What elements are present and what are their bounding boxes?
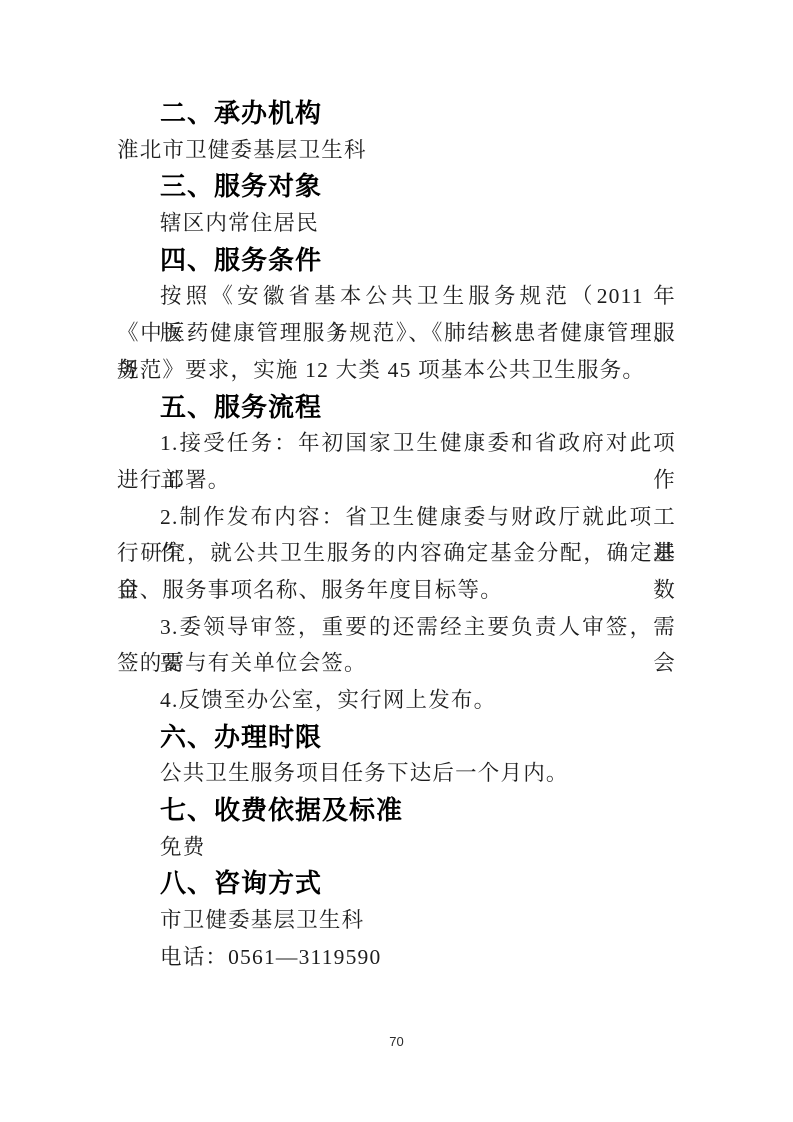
document-body: 二、承办机构 淮北市卫健委基层卫生科 三、服务对象 辖区内常住居民 四、服务条件… xyxy=(117,95,676,976)
text-service-conditions-line-1: 按照《安徽省基本公共卫生服务规范（2011 年版）》、 xyxy=(117,278,676,315)
text-service-conditions-line-3: 规范》要求，实施 12 大类 45 项基本公共卫生服务。 xyxy=(117,352,676,389)
text-process-step-2-line-2: 行研究，就公共卫生服务的内容确定基金分配，确定基金数 xyxy=(117,535,676,572)
heading-service-target: 三、服务对象 xyxy=(117,168,676,205)
document-page: 二、承办机构 淮北市卫健委基层卫生科 三、服务对象 辖区内常住居民 四、服务条件… xyxy=(0,0,793,1122)
heading-undertaking-agency: 二、承办机构 xyxy=(117,95,676,132)
heading-service-conditions: 四、服务条件 xyxy=(117,242,676,279)
page-number: 70 xyxy=(0,1034,793,1049)
text-consultation-phone: 电话：0561—3119590 xyxy=(117,939,676,976)
text-process-step-2-line-1: 2.制作发布内容：省卫生健康委与财政厅就此项工作进 xyxy=(117,499,676,536)
text-process-step-3-line-1: 3.委领导审签，重要的还需经主要负责人审签，需要会 xyxy=(117,609,676,646)
text-processing-time-limit: 公共卫生服务项目任务下达后一个月内。 xyxy=(117,755,676,792)
text-undertaking-agency-name: 淮北市卫健委基层卫生科 xyxy=(117,132,676,169)
text-service-conditions-line-2: 《中医药健康管理服务规范》、《肺结核患者健康管理服务 xyxy=(117,315,676,352)
heading-service-process: 五、服务流程 xyxy=(117,389,676,426)
heading-processing-time-limit: 六、办理时限 xyxy=(117,719,676,756)
text-process-step-1-line-1: 1.接受任务：年初国家卫生健康委和省政府对此项工作 xyxy=(117,425,676,462)
text-process-step-4: 4.反馈至办公室，实行网上发布。 xyxy=(117,682,676,719)
text-consultation-department: 市卫健委基层卫生科 xyxy=(117,902,676,939)
text-fee-free: 免费 xyxy=(117,829,676,866)
heading-fee-basis-standard: 七、收费依据及标准 xyxy=(117,792,676,829)
text-service-target: 辖区内常住居民 xyxy=(117,205,676,242)
heading-consultation-method: 八、咨询方式 xyxy=(117,865,676,902)
